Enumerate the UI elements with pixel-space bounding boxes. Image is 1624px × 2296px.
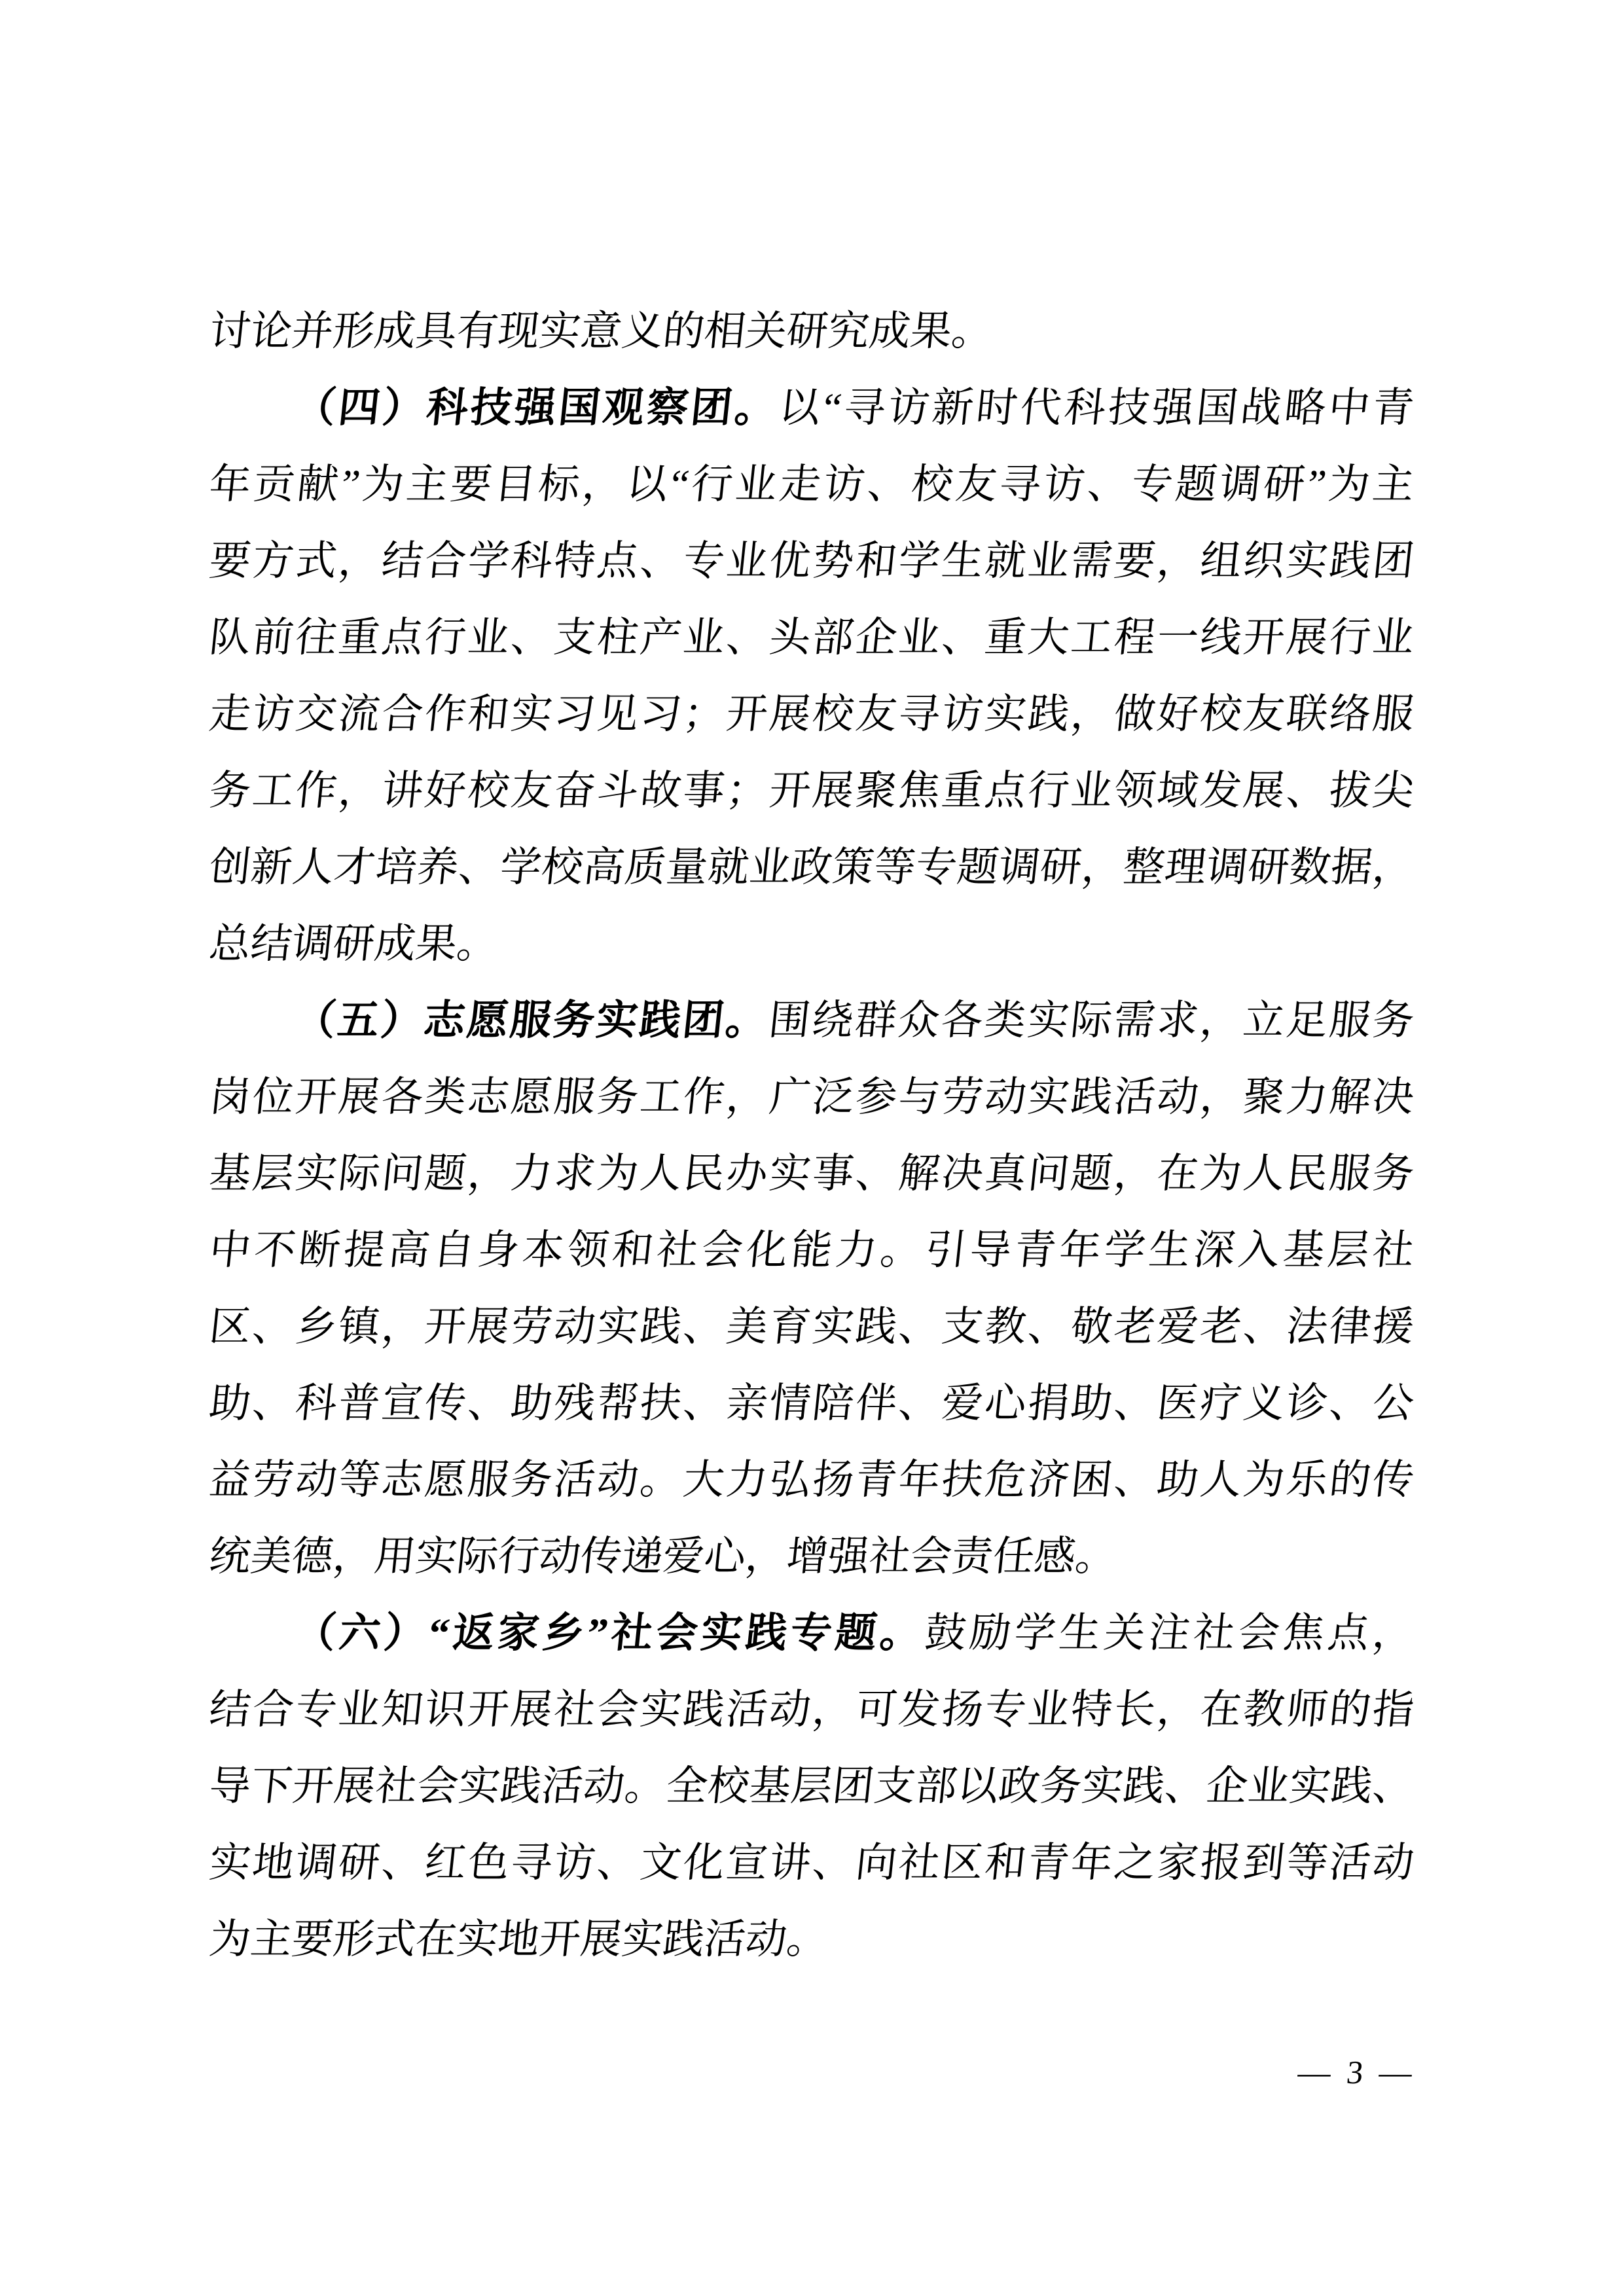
line-07: 务工作，讲好校友奋斗故事；开展聚焦重点行业领域发展、拔尖 [206,753,1418,829]
line-15: 助、科普宣传、助残帮扶、亲情陪伴、爱心捐助、医疗义诊、公 [206,1365,1418,1442]
line-12: 基层实际问题，力求为人民办实事、解决真问题，在为人民服务 [206,1136,1418,1212]
line-16: 益劳动等志愿服务活动。大力弘扬青年扶危济困、助人为乐的传 [206,1442,1418,1518]
line-03: 年贡献”为主要目标，以“行业走访、校友寻访、专题调研”为主 [206,446,1418,523]
line-18: （六）“返家乡”社会实践专题。鼓励学生关注社会焦点， [206,1595,1418,1672]
line-01: 讨论并形成具有现实意义的相关研究成果。 [206,293,1418,370]
section-five-heading: （五）志愿服务实践团。 [292,997,771,1043]
line-02: （四）科技强国观察团。以“寻访新时代科技强国战略中青 [206,370,1418,446]
line-05: 队前往重点行业、支柱产业、头部企业、重大工程一线开展行业 [206,600,1418,676]
line-10-text: 围绕群众各类实际需求，立足服务 [767,997,1416,1043]
line-14: 区、乡镇，开展劳动实践、美育实践、支教、敬老爱老、法律援 [206,1289,1418,1365]
line-19: 结合专业知识开展社会实践活动，可发扬专业特长，在教师的指 [206,1672,1418,1748]
line-21: 实地调研、红色寻访、文化宣讲、向社区和青年之家报到等活动 [206,1825,1418,1901]
section-four-heading: （四）科技强国观察团。 [292,385,781,431]
document-body: 讨论并形成具有现实意义的相关研究成果。 （四）科技强国观察团。以“寻访新时代科技… [209,293,1414,1978]
line-11: 岗位开展各类志愿服务工作，广泛参与劳动实践活动，聚力解决 [206,1059,1418,1136]
line-09: 总结调研成果。 [206,906,1418,982]
section-six-heading: （六）“返家乡”社会实践专题。 [292,1610,927,1656]
page-number: — 3 — [1295,2049,1418,2096]
line-06: 走访交流合作和实习见习；开展校友寻访实践，做好校友联络服 [206,676,1418,753]
document-page: 讨论并形成具有现实意义的相关研究成果。 （四）科技强国观察团。以“寻访新时代科技… [0,0,1624,2296]
line-18-text: 鼓励学生关注社会焦点， [922,1610,1416,1656]
paragraph-section-four: （四）科技强国观察团。以“寻访新时代科技强国战略中青 年贡献”为主要目标，以“行… [209,370,1414,982]
paragraph-section-five: （五）志愿服务实践团。围绕群众各类实际需求，立足服务 岗位开展各类志愿服务工作，… [209,982,1414,1595]
line-10: （五）志愿服务实践团。围绕群众各类实际需求，立足服务 [206,982,1418,1059]
line-02-text: 以“寻访新时代科技强国战略中青 [776,385,1416,431]
paragraph-research-results: 讨论并形成具有现实意义的相关研究成果。 [209,293,1414,370]
line-04: 要方式，结合学科特点、专业优势和学生就业需要，组织实践团 [206,523,1418,600]
line-13: 中不断提高自身本领和社会化能力。引导青年学生深入基层社 [206,1212,1418,1289]
line-22: 为主要形式在实地开展实践活动。 [206,1901,1418,1978]
line-08: 创新人才培养、学校高质量就业政策等专题调研，整理调研数据， [206,829,1418,906]
line-20: 导下开展社会实践活动。全校基层团支部以政务实践、企业实践、 [206,1748,1418,1825]
paragraph-section-six: （六）“返家乡”社会实践专题。鼓励学生关注社会焦点， 结合专业知识开展社会实践活… [209,1595,1414,1978]
line-17: 统美德，用实际行动传递爱心，增强社会责任感。 [206,1518,1418,1595]
